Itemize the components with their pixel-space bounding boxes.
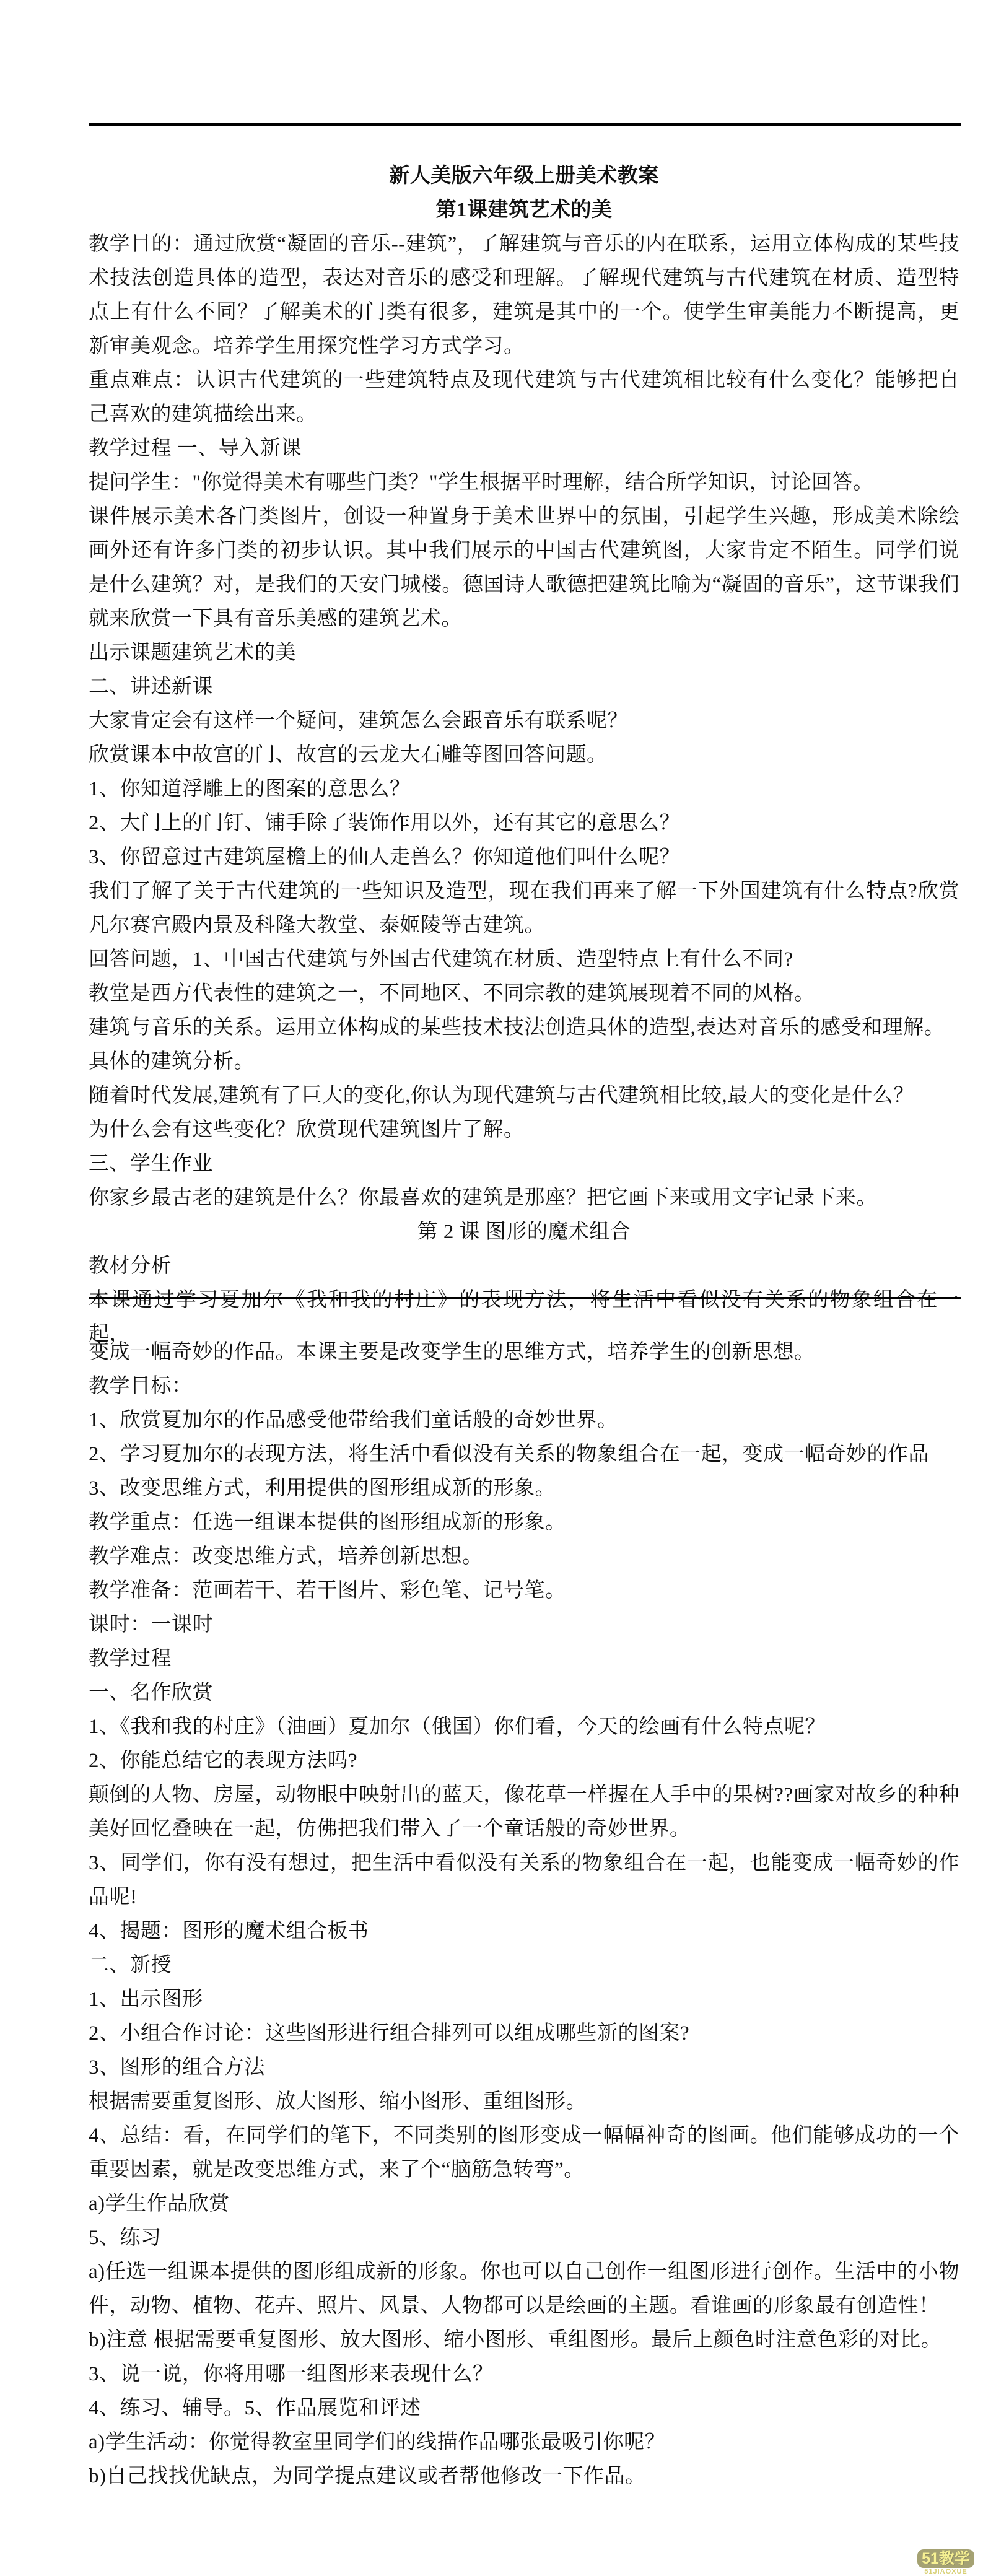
- paragraph: b)自己找找优缺点，为同学提点建议或者帮他修改一下作品。: [89, 2460, 959, 2494]
- paragraph: 建筑与音乐的关系。运用立体构成的某些技术技法创造具体的造型,表达对音乐的感受和理…: [89, 1011, 959, 1045]
- paragraph: 重点难点：认识古代建筑的一些建筑特点及现代建筑与古代建筑相比较有什么变化？能够把…: [89, 364, 959, 432]
- paragraph: 变成一幅奇妙的作品。本课主要是改变学生的思维方式，培养学生的创新思想。: [89, 1335, 959, 1369]
- watermark-logo-subtext: 51JIAOXUE: [909, 2569, 982, 2575]
- paragraph: 具体的建筑分析。: [89, 1045, 959, 1079]
- lesson2-heading: 第 2 课 图形的魔术组合: [89, 1215, 959, 1249]
- paragraph: 根据需要重复图形、放大图形、缩小图形、重组图形。: [89, 2085, 959, 2119]
- paragraph: 3、说一说，你将用哪一组图形来表现什么？: [89, 2357, 959, 2391]
- paragraph: 欣赏课本中故宫的门、故宫的云龙大石雕等图回答问题。: [89, 738, 959, 772]
- paragraph: 1、你知道浮雕上的图案的意思么？: [89, 772, 959, 806]
- doc-title: 新人美版六年级上册美术教案: [89, 159, 959, 193]
- paragraph: 1、出示图形: [89, 1983, 959, 2017]
- paragraph: 3、你留意过古建筑屋檐上的仙人走兽么？你知道他们叫什么呢？: [89, 840, 959, 875]
- paragraph: 一、名作欣赏: [89, 1676, 959, 1710]
- paragraph: a)学生作品欣赏: [89, 2187, 959, 2221]
- paragraph: 回答问题，1、中国古代建筑与外国古代建筑在材质、造型特点上有什么不同?: [89, 943, 959, 977]
- top-horizontal-rule: [89, 123, 961, 126]
- paragraph: 出示课题建筑艺术的美: [89, 636, 959, 670]
- paragraph: 教堂是西方代表性的建筑之一，不同地区、不同宗教的建筑展现着不同的风格。: [89, 977, 959, 1011]
- document-page: 新人美版六年级上册美术教案第1课建筑艺术的美教学目的：通过欣赏“凝固的音乐--建…: [0, 0, 983, 2576]
- page-2-content: 变成一幅奇妙的作品。本课主要是改变学生的思维方式，培养学生的创新思想。教学目标：…: [89, 1335, 959, 2494]
- paragraph: 5、练习: [89, 2221, 959, 2255]
- paragraph: 教学难点：改变思维方式，培养创新思想。: [89, 1540, 959, 1574]
- paragraph: 3、图形的组合方法: [89, 2051, 959, 2085]
- page-break-rule: [89, 1297, 961, 1299]
- paragraph: a)任选一组课本提供的图形组成新的形象。你也可以自己创作一组图形进行创作。生活中…: [89, 2255, 959, 2323]
- paragraph: 教材分析: [89, 1249, 959, 1283]
- paragraph: 2、你能总结它的表现方法吗?: [89, 1744, 959, 1778]
- paragraph: 教学准备：范画若干、若干图片、彩色笔、记号笔。: [89, 1574, 959, 1608]
- paragraph: 2、大门上的门钉、铺手除了装饰作用以外，还有其它的意思么？: [89, 806, 959, 840]
- watermark-logo-text: 51教学: [917, 2549, 974, 2568]
- paragraph: 三、学生作业: [89, 1147, 959, 1181]
- paragraph: 随着时代发展,建筑有了巨大的变化,你认为现代建筑与古代建筑相比较,最大的变化是什…: [89, 1079, 959, 1113]
- paragraph: 课件展示美术各门类图片，创设一种置身于美术世界中的氛围，引起学生兴趣，形成美术除…: [89, 500, 959, 636]
- site-watermark: 51教学 51JIAOXUE: [909, 2549, 982, 2575]
- paragraph: 我们了解了关于古代建筑的一些知识及造型，现在我们再来了解一下外国建筑有什么特点?…: [89, 875, 959, 943]
- paragraph: 二、讲述新课: [89, 670, 959, 704]
- paragraph: 你家乡最古老的建筑是什么？你最喜欢的建筑是那座？把它画下来或用文字记录下来。: [89, 1181, 959, 1215]
- page-1-content: 新人美版六年级上册美术教案第1课建筑艺术的美教学目的：通过欣赏“凝固的音乐--建…: [89, 159, 959, 1351]
- paragraph: 颠倒的人物、房屋，动物眼中映射出的蓝天，像花草一样握在人手中的果树??画家对故乡…: [89, 1778, 959, 1846]
- paragraph: 为什么会有这些变化？欣赏现代建筑图片了解。: [89, 1113, 959, 1147]
- paragraph: 提问学生："你觉得美术有哪些门类？"学生根据平时理解，结合所学知识，讨论回答。: [89, 466, 959, 500]
- paragraph: 教学过程 一、导入新课: [89, 432, 959, 466]
- paragraph: 教学过程: [89, 1642, 959, 1676]
- paragraph: 3、改变思维方式，利用提供的图形组成新的形象。: [89, 1472, 959, 1506]
- paragraph: 教学重点：任选一组课本提供的图形组成新的形象。: [89, 1506, 959, 1540]
- paragraph: 2、学习夏加尔的表现方法，将生活中看似没有关系的物象组合在一起，变成一幅奇妙的作…: [89, 1438, 959, 1472]
- paragraph: 3、同学们，你有没有想过，把生活中看似没有关系的物象组合在一起，也能变成一幅奇妙…: [89, 1846, 959, 1915]
- paragraph: 1、欣赏夏加尔的作品感受他带给我们童话般的奇妙世界。: [89, 1404, 959, 1438]
- paragraph: 教学目标：: [89, 1369, 959, 1404]
- paragraph: 大家肯定会有这样一个疑问，建筑怎么会跟音乐有联系呢？: [89, 704, 959, 738]
- paragraph: 4、揭题：图形的魔术组合板书: [89, 1915, 959, 1949]
- paragraph: 4、总结：看，在同学们的笔下，不同类别的图形变成一幅幅神奇的图画。他们能够成功的…: [89, 2119, 959, 2187]
- paragraph: a)学生活动：你觉得教室里同学们的线描作品哪张最吸引你呢？: [89, 2425, 959, 2460]
- paragraph: 1、《我和我的村庄》（油画）夏加尔（俄国）你们看，今天的绘画有什么特点呢？: [89, 1710, 959, 1744]
- paragraph: b)注意 根据需要重复图形、放大图形、缩小图形、重组图形。最后上颜色时注意色彩的…: [89, 2323, 959, 2357]
- lesson1-heading: 第1课建筑艺术的美: [89, 193, 959, 227]
- paragraph: 2、小组合作讨论：这些图形进行组合排列可以组成哪些新的图案?: [89, 2017, 959, 2051]
- paragraph: 4、练习、辅导。5、作品展览和评述: [89, 2391, 959, 2425]
- paragraph: 教学目的：通过欣赏“凝固的音乐--建筑”，了解建筑与音乐的内在联系，运用立体构成…: [89, 227, 959, 364]
- paragraph: 二、新授: [89, 1949, 959, 1983]
- paragraph: 课时：一课时: [89, 1608, 959, 1642]
